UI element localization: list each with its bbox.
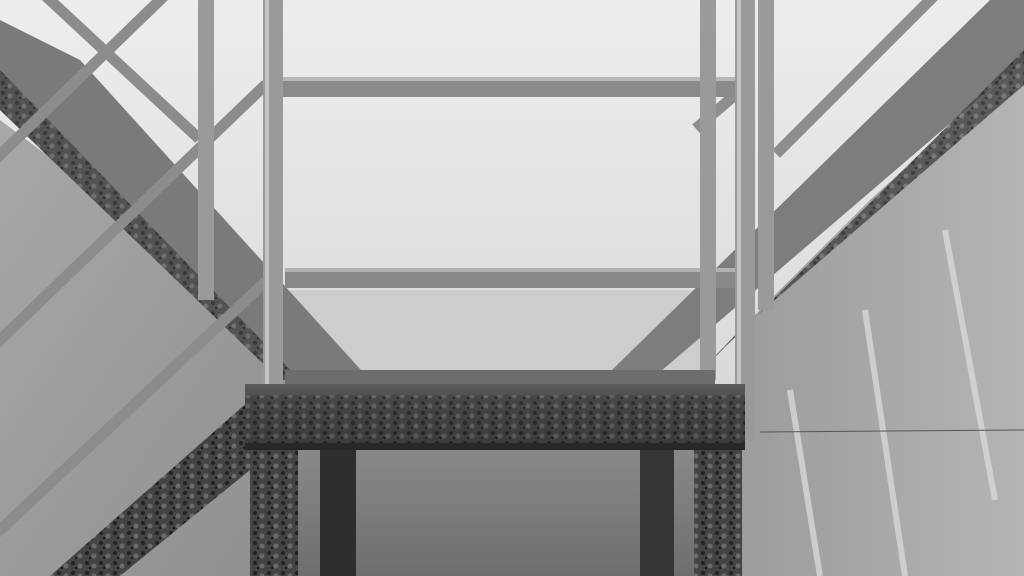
beam-rust-texture	[245, 395, 745, 443]
handrail-mid-highlight	[285, 268, 740, 272]
landing-deck	[285, 370, 715, 384]
wall-center	[290, 445, 750, 576]
staircase-photo	[0, 0, 1024, 576]
handrail-top-highlight	[282, 77, 742, 81]
photo-scene	[0, 0, 1024, 576]
